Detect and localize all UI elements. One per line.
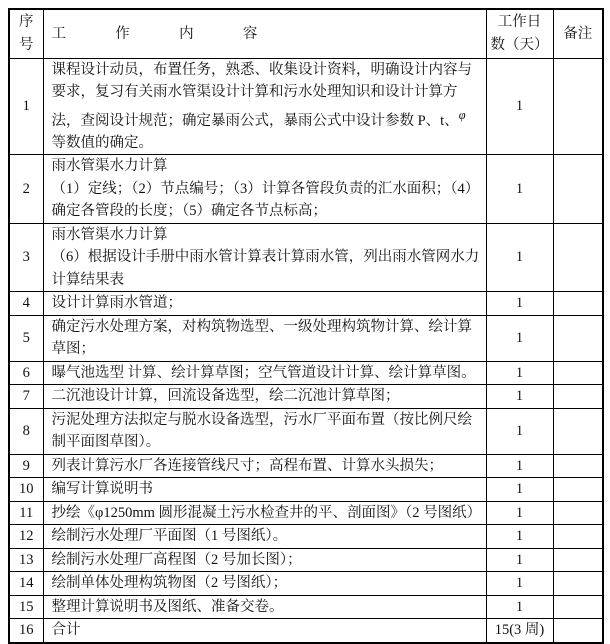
table-row: 3 雨水管渠水力计算 （6）根据设计手册中雨水管计算表计算雨水管，列出雨水管网水…	[9, 223, 603, 292]
row-note	[553, 223, 603, 292]
row-note	[553, 315, 603, 361]
row-content: 抄绘《φ1250mm 圆形混凝土污水检查井的平、剖面图》（2 号图纸）	[43, 501, 486, 525]
row-content: 合计	[43, 619, 486, 643]
row-note	[553, 408, 603, 454]
row-days: 1	[486, 292, 553, 316]
header-col-number: 序 号	[9, 9, 43, 58]
row-number: 13	[9, 548, 43, 572]
row-note	[553, 478, 603, 502]
row-content: 曝气池选型 计算、绘计算草图；空气管道设计计算、绘计算草图。	[43, 361, 486, 385]
header-col-workdays: 工作日 数（天）	[486, 9, 553, 58]
row-content: 绘制单体处理构筑物图（2 号图纸）；	[43, 572, 486, 596]
row-days: 1	[486, 548, 553, 572]
row-content: 确定污水处理方案，对构筑物选型、一级处理构筑物计算、绘计算草图；	[43, 315, 486, 361]
row-content: 编写计算说明书	[43, 478, 486, 502]
table-row: 1 课程设计动员，布置任务，熟悉、收集设计资料，明确设计内容与要求，复习有关雨水…	[9, 58, 603, 155]
table-row: 8 污泥处理方法拟定与脱水设备选型，污水厂平面布置（按比例尺绘制平面图草图）。 …	[9, 408, 603, 454]
row-days: 1	[486, 501, 553, 525]
row-number: 6	[9, 361, 43, 385]
row-number: 1	[9, 58, 43, 155]
row-days: 1	[486, 223, 553, 292]
row-number: 8	[9, 408, 43, 454]
row-number: 2	[9, 155, 43, 224]
row-note	[553, 155, 603, 224]
table-row: 13 绘制污水处理厂高程图（2 号加长图）； 1	[9, 548, 603, 572]
row-number: 11	[9, 501, 43, 525]
row-note	[553, 619, 603, 643]
table-row: 11 抄绘《φ1250mm 圆形混凝土污水检查井的平、剖面图》（2 号图纸） 1	[9, 501, 603, 525]
row-note	[553, 525, 603, 549]
row-number: 10	[9, 478, 43, 502]
table-row: 7 二沉池设计计算，回流设备选型，绘二沉池计算草图； 1	[9, 385, 603, 409]
row-number: 15	[9, 595, 43, 619]
row-number: 9	[9, 454, 43, 478]
table-row: 12 绘制污水处理厂平面图（1 号图纸）。 1	[9, 525, 603, 549]
row-content: 雨水管渠水力计算 （1）定线；（2）节点编号；（3）计算各管段负责的汇水面积；（…	[43, 155, 486, 224]
row-days: 15(3 周)	[486, 619, 553, 643]
header-col-remarks: 备注	[553, 9, 603, 58]
row-content: 二沉池设计计算，回流设备选型，绘二沉池计算草图；	[43, 385, 486, 409]
content-text: 等数值的确定。	[52, 135, 154, 151]
row-days: 1	[486, 361, 553, 385]
row-content: 雨水管渠水力计算 （6）根据设计手册中雨水管计算表计算雨水管，列出雨水管网水力计…	[43, 223, 486, 292]
table-row: 16 合计 15(3 周)	[9, 619, 603, 643]
row-days: 1	[486, 595, 553, 619]
row-days: 1	[486, 572, 553, 596]
table-row: 2 雨水管渠水力计算 （1）定线；（2）节点编号；（3）计算各管段负责的汇水面积…	[9, 155, 603, 224]
row-note	[553, 454, 603, 478]
row-note	[553, 58, 603, 155]
row-days: 1	[486, 315, 553, 361]
row-days: 1	[486, 454, 553, 478]
row-content: 设计计算雨水管道；	[43, 292, 486, 316]
row-number: 16	[9, 619, 43, 643]
table-row: 9 列表计算污水厂各连接管线尺寸；高程布置、计算水头损失； 1	[9, 454, 603, 478]
row-note	[553, 385, 603, 409]
header-row: 序 号 工作内容 工作日 数（天） 备注	[9, 9, 603, 58]
row-note	[553, 572, 603, 596]
row-note	[553, 501, 603, 525]
row-number: 14	[9, 572, 43, 596]
row-content: 列表计算污水厂各连接管线尺寸；高程布置、计算水头损失；	[43, 454, 486, 478]
row-note	[553, 595, 603, 619]
row-content: 绘制污水处理厂平面图（1 号图纸）。	[43, 525, 486, 549]
row-note	[553, 361, 603, 385]
row-number: 5	[9, 315, 43, 361]
row-days: 1	[486, 478, 553, 502]
table-header: 序 号 工作内容 工作日 数（天） 备注	[9, 9, 603, 58]
row-number: 12	[9, 525, 43, 549]
row-content: 课程设计动员，布置任务，熟悉、收集设计资料，明确设计内容与要求，复习有关雨水管渠…	[43, 58, 486, 155]
row-days: 1	[486, 385, 553, 409]
table-row: 4 设计计算雨水管道； 1	[9, 292, 603, 316]
row-content: 绘制污水处理厂高程图（2 号加长图）；	[43, 548, 486, 572]
row-days: 1	[486, 525, 553, 549]
row-content: 整理计算说明书及图纸、准备交卷。	[43, 595, 486, 619]
work-schedule-table: 序 号 工作内容 工作日 数（天） 备注 1 课程设计动员，布置任务，熟悉、收集…	[8, 8, 604, 644]
row-note	[553, 548, 603, 572]
row-content: 污泥处理方法拟定与脱水设备选型，污水厂平面布置（按比例尺绘制平面图草图）。	[43, 408, 486, 454]
row-days: 1	[486, 58, 553, 155]
table-row: 14 绘制单体处理构筑物图（2 号图纸）； 1	[9, 572, 603, 596]
table-row: 15 整理计算说明书及图纸、准备交卷。 1	[9, 595, 603, 619]
row-days: 1	[486, 155, 553, 224]
content-text: 课程设计动员，布置任务，熟悉、收集设计资料，明确设计内容与要求，复习有关雨水管渠…	[52, 62, 473, 129]
row-note	[553, 292, 603, 316]
header-col-content: 工作内容	[43, 9, 486, 58]
phi-symbol: φ	[459, 108, 466, 122]
row-number: 3	[9, 223, 43, 292]
table-body: 1 课程设计动员，布置任务，熟悉、收集设计资料，明确设计内容与要求，复习有关雨水…	[9, 58, 603, 643]
row-number: 7	[9, 385, 43, 409]
row-days: 1	[486, 408, 553, 454]
table-row: 5 确定污水处理方案，对构筑物选型、一级处理构筑物计算、绘计算草图； 1	[9, 315, 603, 361]
row-number: 4	[9, 292, 43, 316]
table-row: 10 编写计算说明书 1	[9, 478, 603, 502]
table-row: 6 曝气池选型 计算、绘计算草图；空气管道设计计算、绘计算草图。 1	[9, 361, 603, 385]
